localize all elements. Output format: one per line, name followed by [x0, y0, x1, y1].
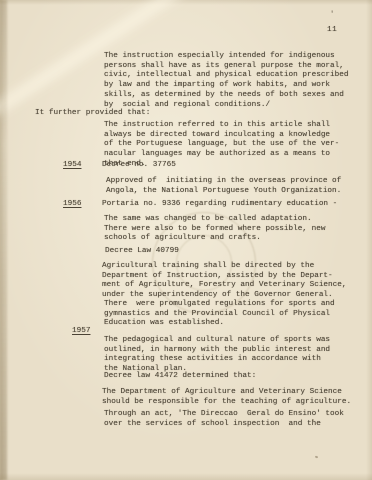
scanned-typewritten-page: ' 11 The instruction especially intended… — [0, 0, 372, 480]
left-edge-scan-shadow — [0, 0, 7, 480]
paragraph-1956-sports-regulations: There were promulgated regulations for s… — [104, 300, 335, 329]
subheading-decree-law-41472: Decree law 41472 determined that: — [104, 372, 256, 382]
year-label-1954: 1954 — [63, 161, 81, 171]
subheading-decree-law-40799: Decree Law 40799 — [105, 247, 179, 257]
paragraph-1957-sports-nature: The pedagogical and cultural nature of s… — [104, 336, 330, 375]
entry-heading-decree-37765: Decree no. 37765 — [102, 161, 176, 171]
heading-further-provided: It further provided that: — [35, 109, 150, 119]
paragraph-instruction-purpose: The instruction especially intended for … — [104, 52, 349, 110]
ink-speck — [315, 456, 319, 459]
year-label-1956: 1956 — [63, 200, 81, 210]
paragraph-1956-adaptation: The same was changed to be called adapta… — [104, 215, 325, 244]
paragraph-1954-approved: Approved of initiating in the overseas p… — [106, 177, 341, 196]
paragraph-1957-direccao-geral: Through an act, 'The Direccao Geral do E… — [104, 410, 344, 429]
entry-heading-portaria-9336: Portaria no. 9336 regarding rudimentary … — [102, 200, 337, 210]
year-label-1957: 1957 — [72, 327, 90, 337]
paragraph-1956-agricultural-training: Agricultural training shall be directed … — [102, 262, 347, 301]
paragraph-1957-agriculture-teaching: The Department of Agriculture and Veteri… — [102, 388, 351, 407]
page-number: 11 — [327, 26, 337, 36]
pencil-tick-mark: ' — [330, 11, 334, 21]
